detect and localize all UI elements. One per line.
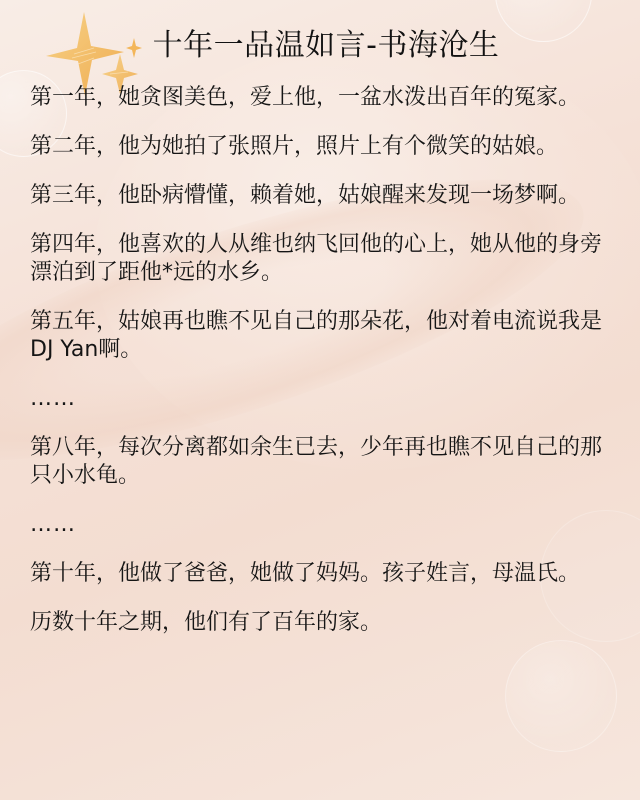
paragraph-year-4: 第四年，他喜欢的人从维也纳飞回他的心上，她从他的身旁漂泊到了距他*远的水乡。 bbox=[30, 231, 615, 287]
paragraph-year-10: 第十年，他做了爸爸，她做了妈妈。孩子姓言，母温氏。 bbox=[30, 560, 615, 588]
paragraph-conclusion: 历数十年之期，他们有了百年的家。 bbox=[30, 609, 615, 637]
paragraph-year-1: 第一年，她贪图美色，爱上他，一盆水泼出百年的冤家。 bbox=[30, 84, 615, 112]
story-body: 第一年，她贪图美色，爱上他，一盆水泼出百年的冤家。 第二年，他为她拍了张照片，照… bbox=[30, 84, 615, 658]
ellipsis-separator: …… bbox=[30, 511, 615, 539]
page-title: 十年一品温如言-书海沧生 bbox=[0, 26, 640, 66]
paragraph-year-3: 第三年，他卧病懵懂，赖着她，姑娘醒来发现一场梦啊。 bbox=[30, 182, 615, 210]
ellipsis-separator: …… bbox=[30, 385, 615, 413]
paragraph-year-2: 第二年，他为她拍了张照片，照片上有个微笑的姑娘。 bbox=[30, 133, 615, 161]
paragraph-year-5: 第五年，姑娘再也瞧不见自己的那朵花，他对着电流说我是DJ Yan啊。 bbox=[30, 308, 615, 364]
paragraph-year-8: 第八年，每次分离都如余生已去，少年再也瞧不见自己的那只小水龟。 bbox=[30, 434, 615, 490]
